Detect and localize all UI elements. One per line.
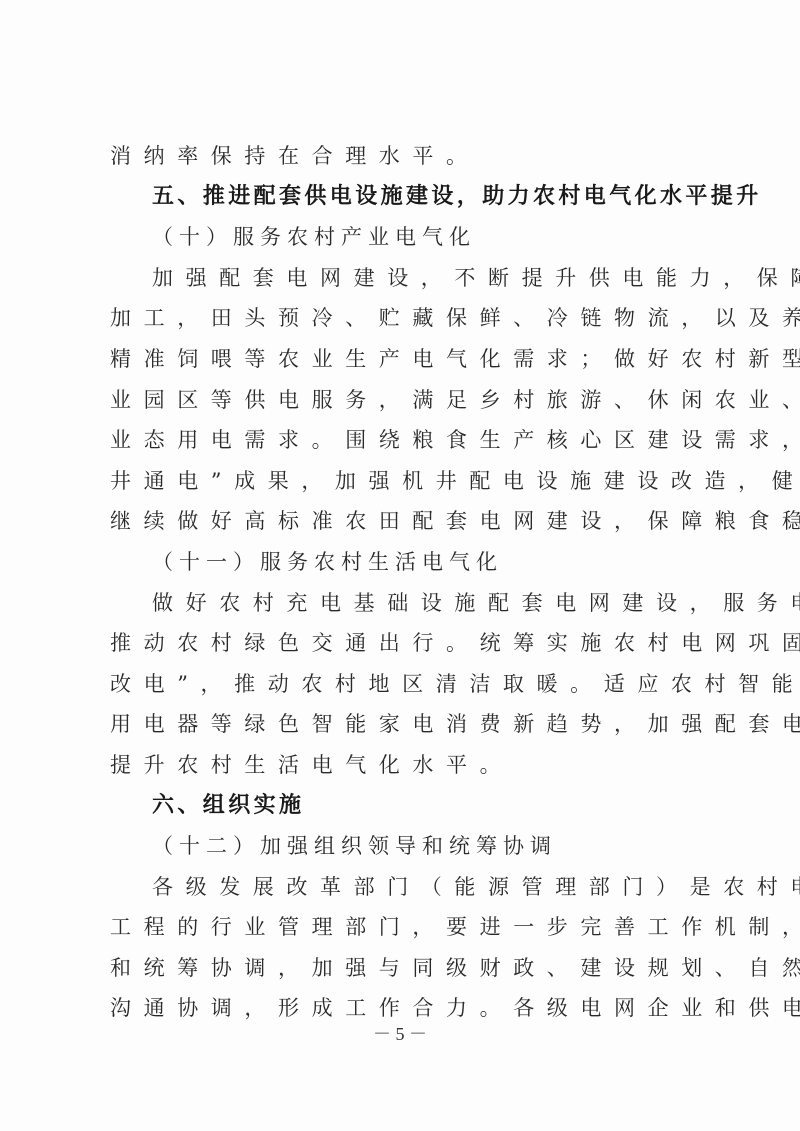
subsection-heading-10: （十）服务农村产业电气化 (110, 217, 692, 258)
paragraph-line: 继续做好高标准农田配套电网建设，保障粮食稳产增产。 (110, 501, 692, 542)
paragraph-line: 井通电”成果，加强机井配电设施建设改造，健全长效机制， (110, 461, 692, 502)
subsection-heading-11: （十一）服务农村生活电气化 (110, 542, 692, 583)
subsection-heading-12: （十二）加强组织领导和统筹协调 (110, 826, 692, 867)
paragraph-line: 业态用电需求。围绕粮食生产核心区建设需求，持续巩固“机 (110, 420, 692, 461)
paragraph-line: 用电器等绿色智能家电消费新趋势，加强配套电网建设改造， (110, 704, 692, 745)
paragraph-line: 提升农村生活电气化水平。 (110, 745, 692, 786)
paragraph-line: 各级发展改革部门（能源管理部门）是农村电网巩固提升 (110, 867, 692, 908)
paragraph-line: 推动农村绿色交通出行。统筹实施农村电网巩固提升和农村“煤 (110, 623, 692, 664)
paragraph-line: 和统筹协调，加强与同级财政、建设规划、自然资源等部门的 (110, 948, 692, 989)
paragraph-line: 改电”，推动农村地区清洁取暖。适应农村智能家居、新型家 (110, 664, 692, 705)
document-page: 消纳率保持在合理水平。 五、推进配套供电设施建设，助力农村电气化水平提升 （十）… (0, 0, 800, 1131)
section-heading-6: 六、组织实施 (110, 786, 692, 827)
paragraph-line: 工程的行业管理部门，要进一步完善工作机制，强化政策衔接 (110, 907, 692, 948)
paragraph-line: 业园区等供电服务，满足乡村旅游、休闲农业、健康养老等新 (110, 380, 692, 421)
page-body: 消纳率保持在合理水平。 五、推进配套供电设施建设，助力农村电气化水平提升 （十）… (110, 136, 692, 1029)
paragraph-line: 做好农村充电基础设施配套电网建设，服务电动汽车下乡， (110, 583, 692, 624)
page-number: － 5 － (0, 1020, 800, 1046)
paragraph-line: 精准饲喂等农业生产电气化需求；做好农村新型基础设施、工 (110, 339, 692, 380)
paragraph-line: 消纳率保持在合理水平。 (110, 136, 692, 177)
section-heading-5: 五、推进配套供电设施建设，助力农村电气化水平提升 (110, 177, 692, 218)
paragraph-line: 加强配套电网建设，不断提升供电能力，保障电烘干、电 (110, 258, 692, 299)
paragraph-line: 加工，田头预冷、贮藏保鲜、冷链物流，以及养殖环境控制、 (110, 298, 692, 339)
